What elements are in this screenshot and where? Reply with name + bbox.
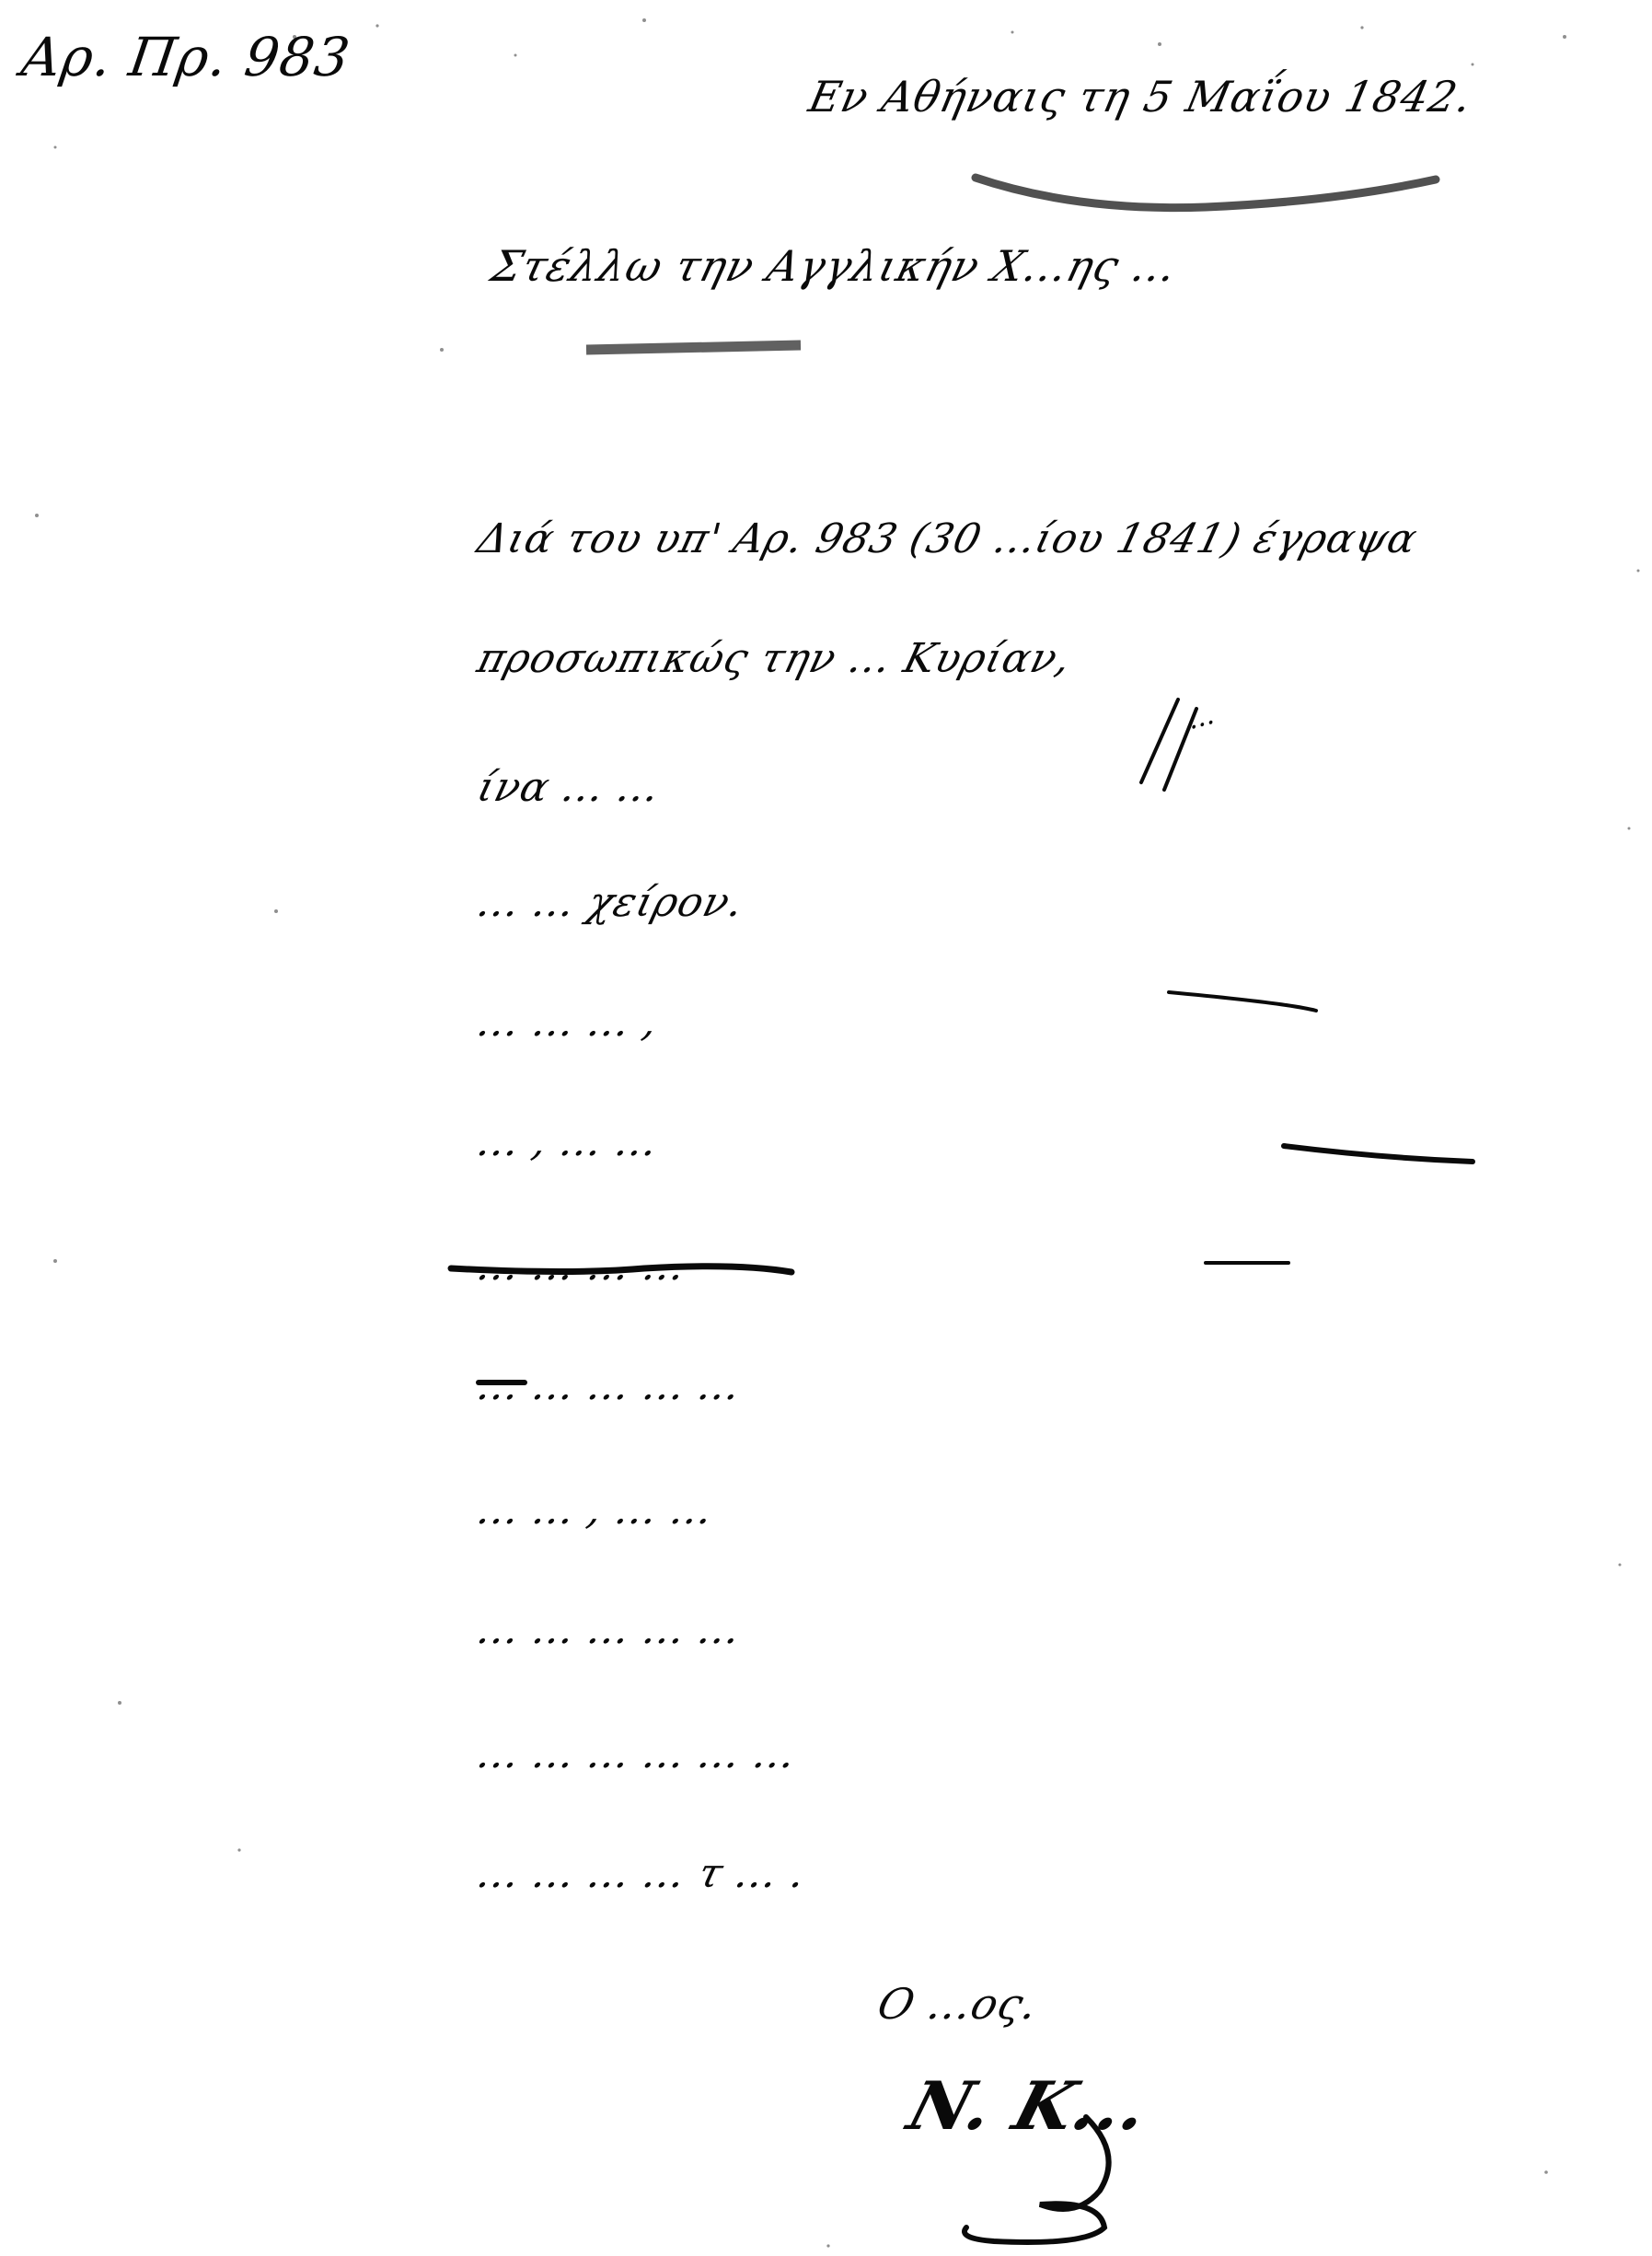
strikethrough-marks [0,0,1652,2256]
signature-flourish [939,2089,1178,2246]
closing-line: Ο ...ος. [872,1979,1044,2029]
document-page: Αρ. Πρ. 983 Εν Αθήναις τη 5 Μαΐου 1842. … [0,0,1652,2256]
